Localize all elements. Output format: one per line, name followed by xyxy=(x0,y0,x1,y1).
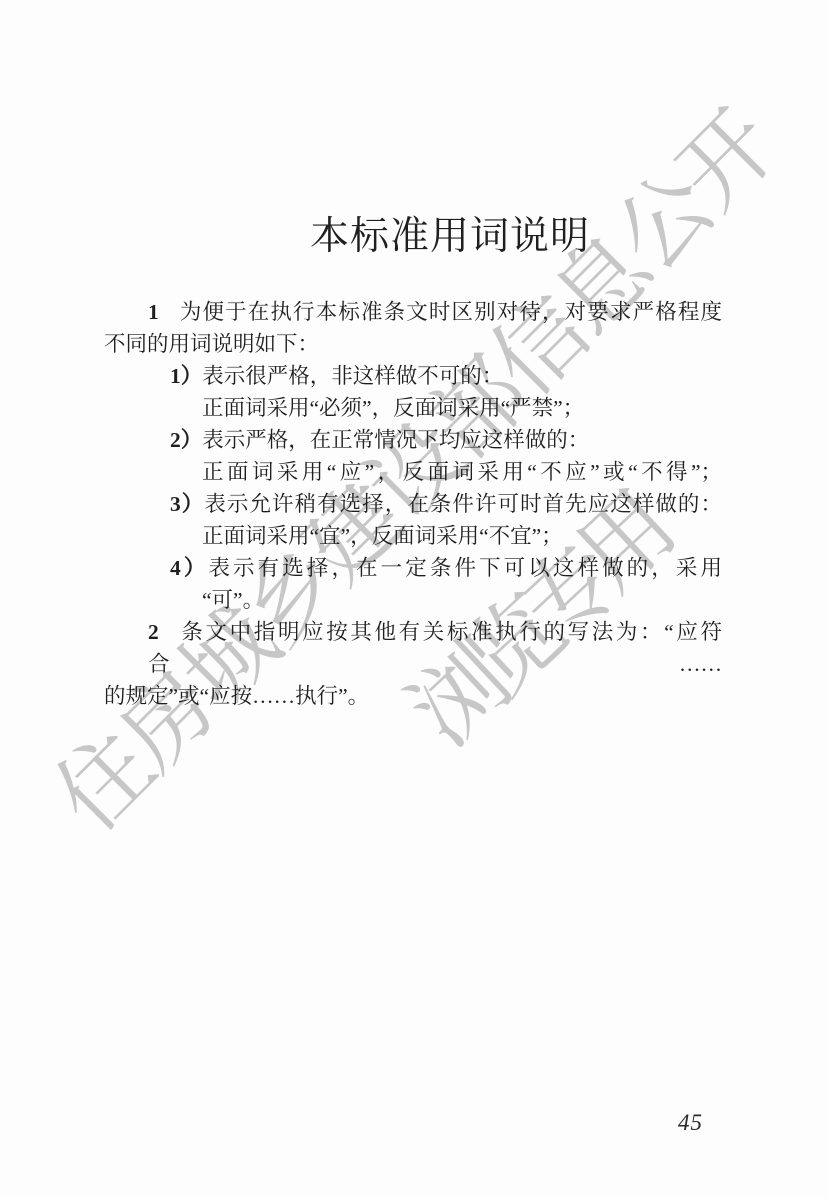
item-number: 3） xyxy=(170,492,204,516)
line-text: 正面词采用“宜”，反面词采用“不宜”； xyxy=(202,524,563,548)
item-number: 1） xyxy=(170,364,202,388)
body-text: 1为便于在执行本标准条文时区别对待，对要求严格程度 不同的用词说明如下： 1）表… xyxy=(104,296,722,712)
line-text: 条文中指明应按其他有关标准执行的写法为：“应符合…… xyxy=(148,620,722,676)
para-number: 2 xyxy=(148,620,159,644)
para-2-line-1: 2条文中指明应按其他有关标准执行的写法为：“应符合…… xyxy=(104,616,722,680)
scanned-document-page: 住房城乡建设部信息公开 浏览专用 本标准用词说明 1为便于在执行本标准条文时区别… xyxy=(0,0,828,1198)
line-text: 表示严格，在正常情况下均应这样做的： xyxy=(202,428,589,452)
line-text: 为便于在执行本标准条文时区别对待，对要求严格程度 xyxy=(179,300,722,324)
line-text: 正面词采用“应”，反面词采用“不应”或“不得”； xyxy=(202,460,722,484)
item-3-line-1: 3）表示允许稍有选择，在条件许可时首先应这样做的： xyxy=(104,488,722,520)
line-text: 不同的用词说明如下： xyxy=(104,332,319,356)
page-title: 本标准用词说明 xyxy=(141,205,759,261)
page-number: 45 xyxy=(678,1110,703,1136)
line-text: “可”。 xyxy=(202,588,264,612)
line-text: 表示允许稍有选择，在条件许可时首先应这样做的： xyxy=(204,492,722,516)
item-2-line-2: 正面词采用“应”，反面词采用“不应”或“不得”； xyxy=(104,456,722,488)
line-text: 正面词采用“必须”，反面词采用“严禁”； xyxy=(202,396,584,420)
line-text: 表示很严格，非这样做不可的： xyxy=(202,364,503,388)
para-2-line-2: 的规定”或“应按……执行”。 xyxy=(104,680,722,712)
item-2-line-1: 2）表示严格，在正常情况下均应这样做的： xyxy=(104,424,722,456)
para-number: 1 xyxy=(148,300,159,324)
item-4-line-1: 4）表示有选择，在一定条件下可以这样做的，采用 xyxy=(104,552,722,584)
para-1-line-2: 不同的用词说明如下： xyxy=(104,328,722,360)
item-number: 4） xyxy=(170,556,208,580)
item-4-line-2: “可”。 xyxy=(104,584,722,616)
item-3-line-2: 正面词采用“宜”，反面词采用“不宜”； xyxy=(104,520,722,552)
item-1-line-2: 正面词采用“必须”，反面词采用“严禁”； xyxy=(104,392,722,424)
para-1-line-1: 1为便于在执行本标准条文时区别对待，对要求严格程度 xyxy=(104,296,722,328)
line-text: 的规定”或“应按……执行”。 xyxy=(104,684,369,708)
item-1-line-1: 1）表示很严格，非这样做不可的： xyxy=(104,360,722,392)
line-text: 表示有选择，在一定条件下可以这样做的，采用 xyxy=(208,556,722,580)
item-number: 2） xyxy=(170,428,202,452)
